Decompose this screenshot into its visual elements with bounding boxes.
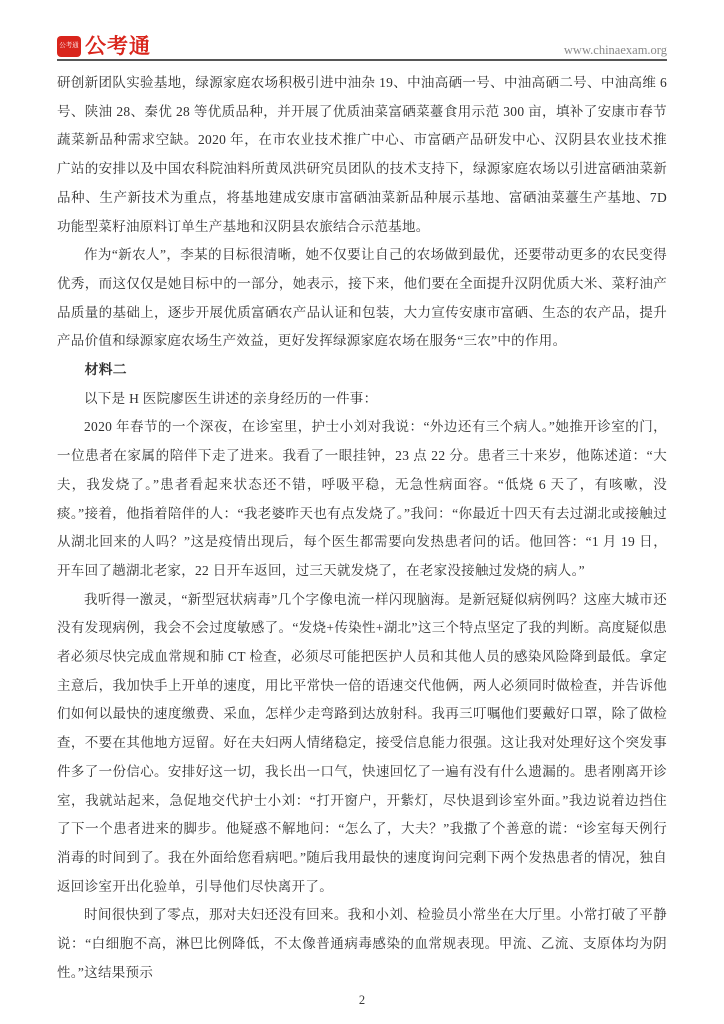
paragraph: 时间很快到了零点，那对夫妇还没有回来。我和小刘、检验员小常坐在大厅里。小常打破了…: [57, 901, 667, 987]
paragraph: 2020 年春节的一个深夜，在诊室里，护士小刘对我说：“外边还有三个病人。”她推…: [57, 413, 667, 585]
paragraph: 作为“新农人”，李某的目标很清晰，她不仅要让自己的农场做到最优，还要带动更多的农…: [57, 241, 667, 356]
page-number: 2: [359, 993, 365, 1007]
paragraph: 材料二: [57, 356, 667, 385]
brand-name: 公考通: [85, 36, 151, 57]
page-header: 公考通 公考通 www.chinaexam.org: [57, 26, 667, 61]
paragraph: 以下是 H 医院廖医生讲述的亲身经历的一件事：: [57, 385, 667, 414]
paragraph: 我听得一激灵，“新型冠状病毒”几个字像电流一样闪现脑海。是新冠疑似病例吗？这座大…: [57, 586, 667, 902]
page-footer: 2: [0, 993, 724, 1008]
paragraph: 研创新团队实验基地，绿源家庭农场积极引进中油杂 19、中油高硒一号、中油高硒二号…: [57, 69, 667, 241]
site-url: www.chinaexam.org: [564, 44, 667, 58]
document-page: 公考通 公考通 www.chinaexam.org 研创新团队实验基地，绿源家庭…: [0, 0, 724, 1024]
document-content: 研创新团队实验基地，绿源家庭农场积极引进中油杂 19、中油高硒一号、中油高硒二号…: [57, 69, 667, 988]
brand-logo-icon: 公考通: [57, 36, 81, 57]
brand-logo: 公考通 公考通: [57, 36, 151, 57]
